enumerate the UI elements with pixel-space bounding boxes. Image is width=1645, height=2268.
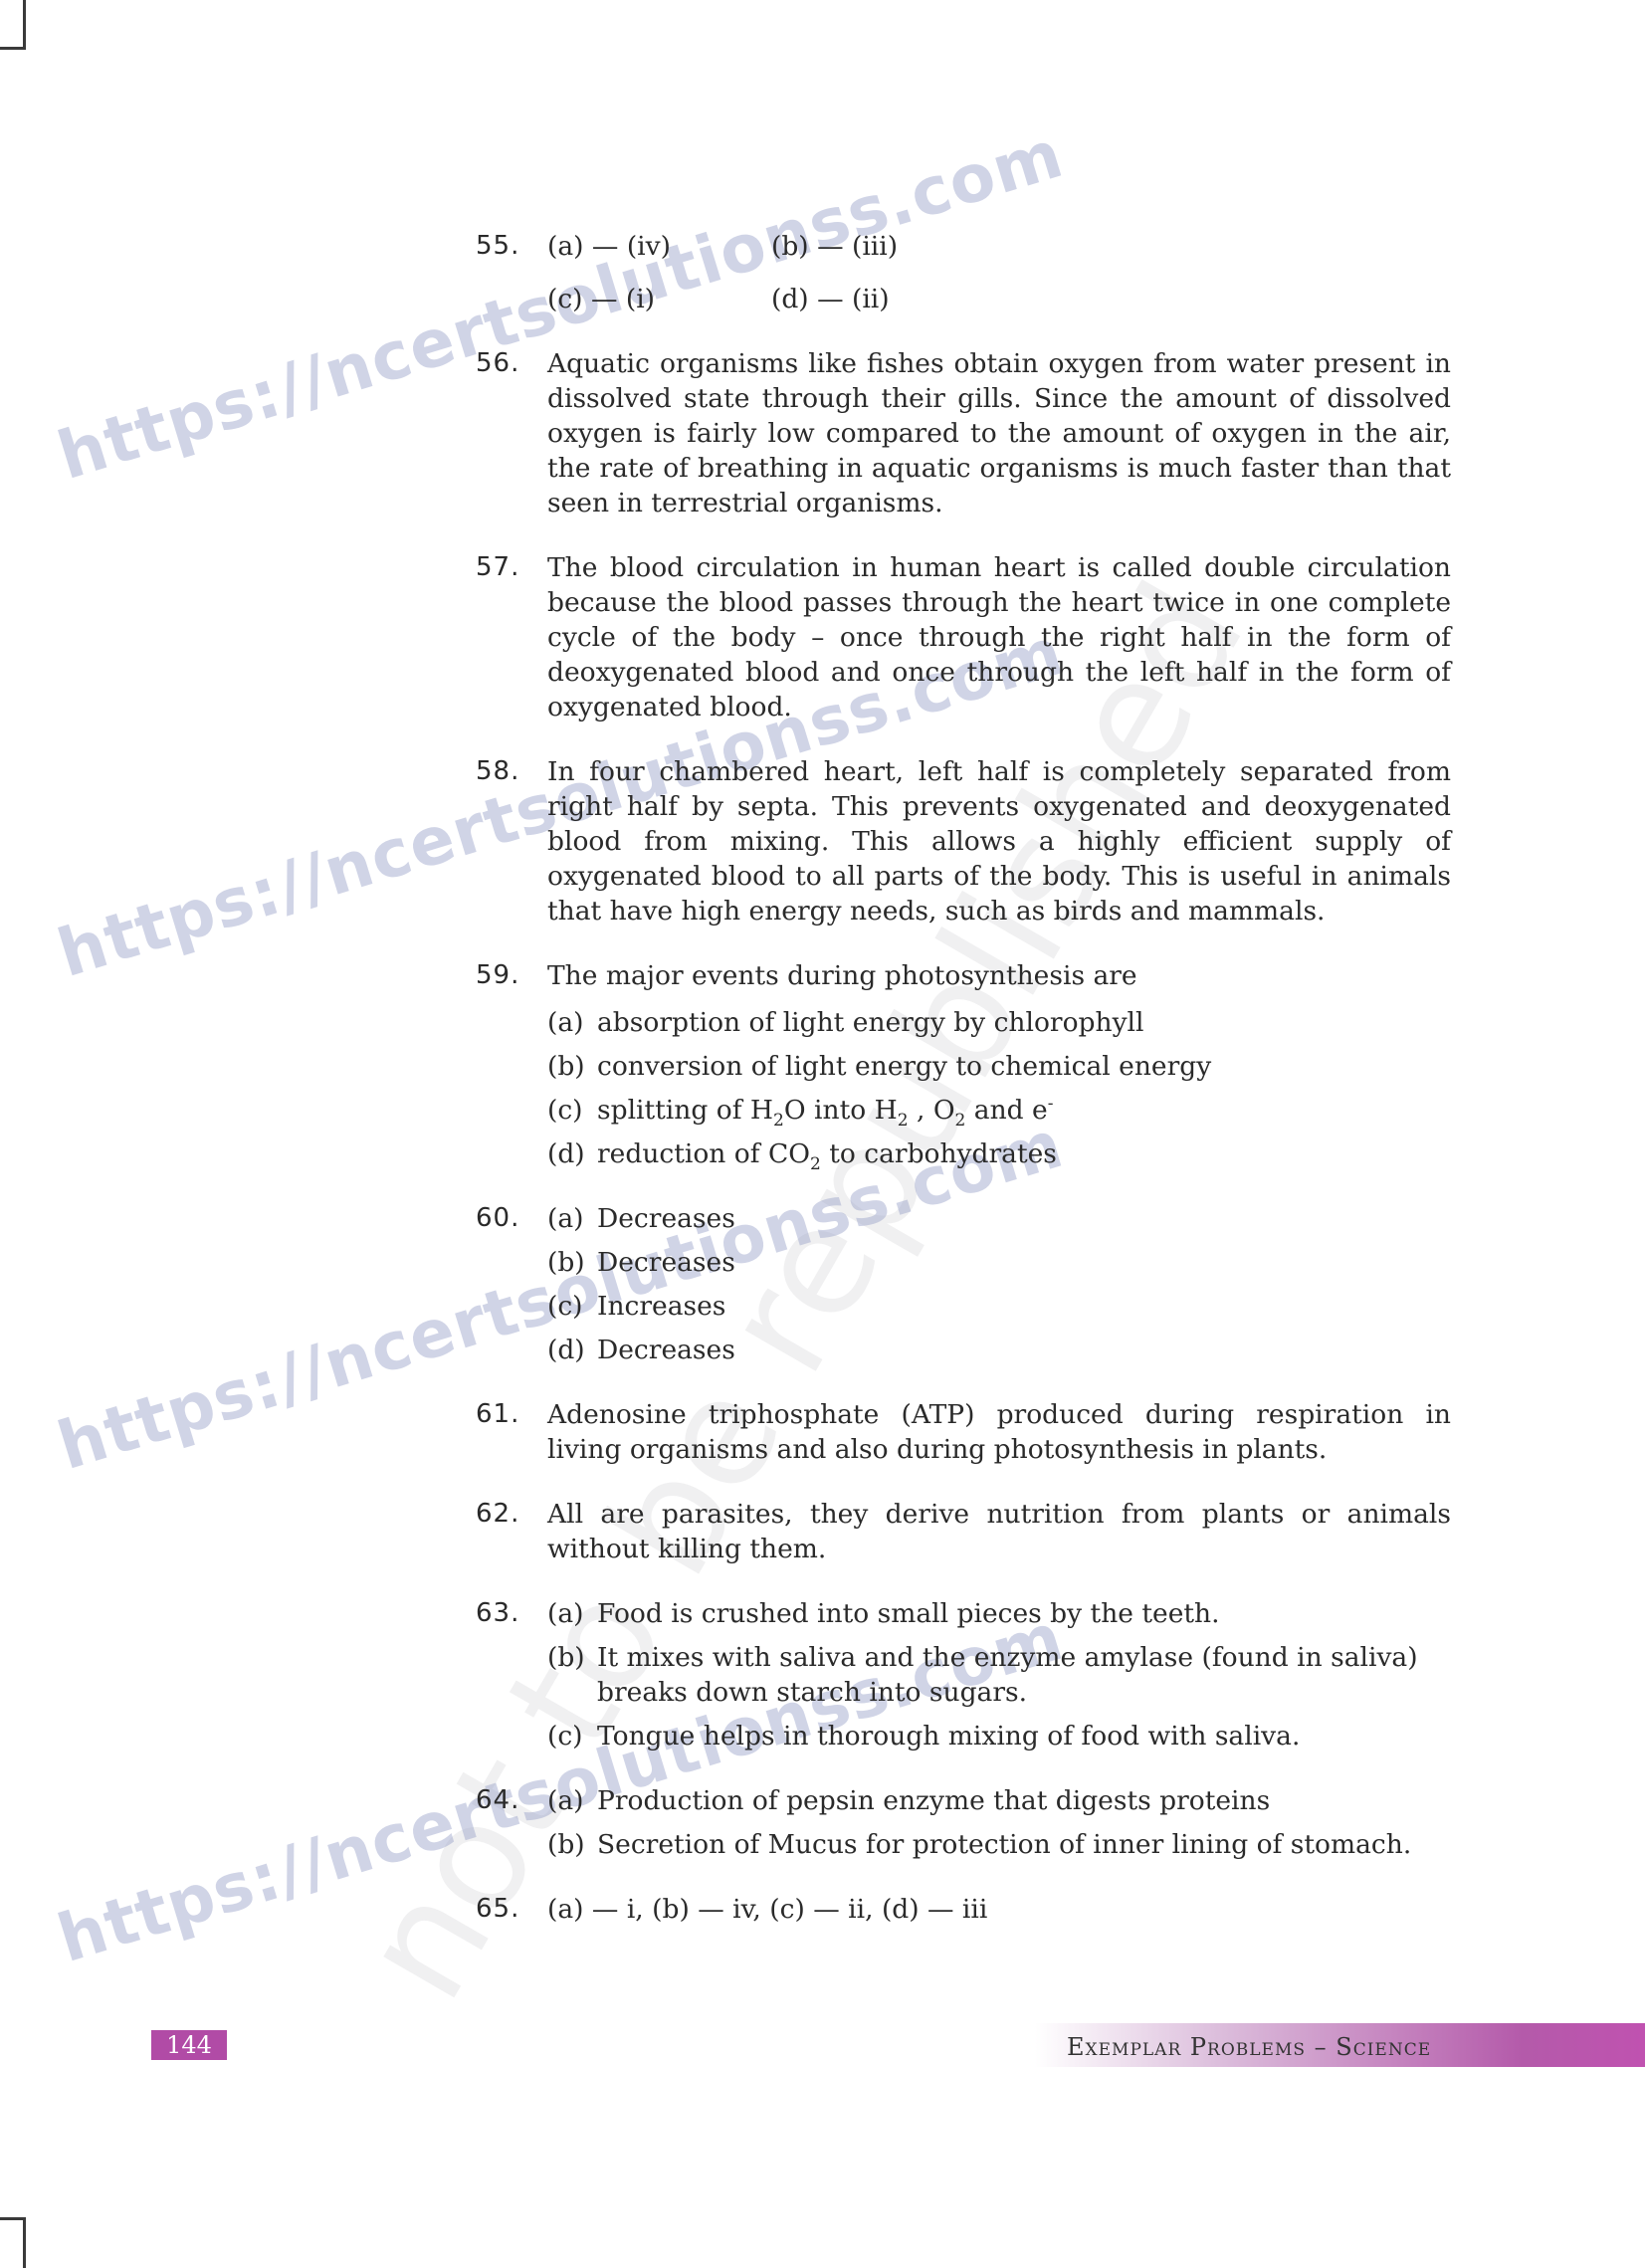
- answer-option: (a)absorption of light energy by chlorop…: [547, 1005, 1451, 1040]
- answer-number: 55.: [476, 229, 519, 264]
- page-number: 144: [151, 2030, 227, 2060]
- option-label: (d): [547, 1333, 597, 1367]
- answer-58: 58.In four chambered heart, left half is…: [476, 754, 1451, 928]
- answer-number: 63.: [476, 1596, 519, 1631]
- option-label: (c): [547, 1719, 597, 1753]
- answer-text: Adenosine triphosphate (ATP) produced du…: [547, 1397, 1451, 1467]
- answer-text: The blood circulation in human heart is …: [547, 550, 1451, 724]
- answer-number: 62.: [476, 1497, 519, 1532]
- book-title: Exemplar Problems – Science: [1067, 2033, 1431, 2061]
- answer-option: (d)reduction of CO2 to carbohydrates: [547, 1136, 1451, 1171]
- option-label: (c): [547, 1289, 597, 1324]
- answer-number: 57.: [476, 550, 519, 585]
- option-label: (a): [547, 1201, 597, 1236]
- answer-number: 58.: [476, 754, 519, 789]
- answer-option: (c)splitting of H2O into H2 , O2 and e-: [547, 1093, 1451, 1128]
- answer-56: 56.Aquatic organisms like fishes obtain …: [476, 346, 1451, 520]
- answer-option: (a)Decreases: [547, 1201, 1451, 1236]
- answer-55: 55.(a) — (iv)(b) — (iii)(c) — (i)(d) — (…: [476, 229, 1451, 316]
- answer-text: All are parasites, they derive nutrition…: [547, 1497, 1451, 1566]
- answer-option: (c)Tongue helps in thorough mixing of fo…: [547, 1719, 1451, 1753]
- option-label: (b): [547, 1640, 597, 1710]
- option-text: splitting of H2O into H2 , O2 and e-: [597, 1093, 1451, 1128]
- answer-option: (b)conversion of light energy to chemica…: [547, 1049, 1451, 1084]
- answer-intro: The major events during photosynthesis a…: [547, 958, 1451, 993]
- option-text: Tongue helps in thorough mixing of food …: [597, 1719, 1451, 1753]
- option-text: reduction of CO2 to carbohydrates: [597, 1136, 1451, 1171]
- answer-option: (b)It mixes with saliva and the enzyme a…: [547, 1640, 1451, 1710]
- answer-option: (a)Production of pepsin enzyme that dige…: [547, 1783, 1451, 1818]
- answer-number: 61.: [476, 1397, 519, 1432]
- option-text: conversion of light energy to chemical e…: [597, 1049, 1451, 1084]
- crop-mark-bottom-left-v: [23, 2217, 26, 2268]
- option-label: (b): [547, 1049, 597, 1084]
- answer-number: 59.: [476, 958, 519, 993]
- answer-option: (c)Increases: [547, 1289, 1451, 1324]
- option-text: Decreases: [597, 1333, 1451, 1367]
- answer-option: (b)Decreases: [547, 1245, 1451, 1280]
- answer-63: 63.(a)Food is crushed into small pieces …: [476, 1596, 1451, 1753]
- answers-list: 55.(a) — (iv)(b) — (iii)(c) — (i)(d) — (…: [476, 229, 1451, 1957]
- answer-number: 64.: [476, 1783, 519, 1818]
- match-grid: (a) — (iv)(b) — (iii)(c) — (i)(d) — (ii): [547, 229, 1451, 316]
- match-pair: (b) — (iii): [771, 229, 970, 264]
- option-label: (a): [547, 1783, 597, 1818]
- option-label: (c): [547, 1093, 597, 1128]
- answer-text: (a) — i, (b) — iv, (c) — ii, (d) — iii: [547, 1892, 1451, 1927]
- option-text: Decreases: [597, 1245, 1451, 1280]
- match-pair: (c) — (i): [547, 282, 771, 316]
- option-label: (a): [547, 1596, 597, 1631]
- option-label: (a): [547, 1005, 597, 1040]
- answer-number: 60.: [476, 1201, 519, 1236]
- match-pair: (d) — (ii): [771, 282, 970, 316]
- answer-57: 57.The blood circulation in human heart …: [476, 550, 1451, 724]
- match-pair: (a) — (iv): [547, 229, 771, 264]
- answer-65: 65.(a) — i, (b) — iv, (c) — ii, (d) — ii…: [476, 1892, 1451, 1927]
- answer-59: 59.The major events during photosynthesi…: [476, 958, 1451, 1171]
- option-text: Food is crushed into small pieces by the…: [597, 1596, 1451, 1631]
- option-label: (b): [547, 1245, 597, 1280]
- answer-text: Aquatic organisms like fishes obtain oxy…: [547, 346, 1451, 520]
- option-text: Secretion of Mucus for protection of inn…: [597, 1827, 1451, 1862]
- answer-option: (d)Decreases: [547, 1333, 1451, 1367]
- option-text: It mixes with saliva and the enzyme amyl…: [597, 1640, 1451, 1710]
- answer-64: 64.(a)Production of pepsin enzyme that d…: [476, 1783, 1451, 1862]
- option-label: (d): [547, 1136, 597, 1171]
- answer-62: 62.All are parasites, they derive nutrit…: [476, 1497, 1451, 1566]
- answer-option: (a)Food is crushed into small pieces by …: [547, 1596, 1451, 1631]
- crop-mark-top-left-h: [0, 47, 26, 50]
- answer-option: (b)Secretion of Mucus for protection of …: [547, 1827, 1451, 1862]
- option-label: (b): [547, 1827, 597, 1862]
- option-text: Production of pepsin enzyme that digests…: [597, 1783, 1451, 1818]
- answer-60: 60.(a)Decreases(b)Decreases(c)Increases(…: [476, 1201, 1451, 1367]
- option-text: absorption of light energy by chlorophyl…: [597, 1005, 1451, 1040]
- crop-mark-top-left-v: [23, 0, 26, 50]
- option-text: Increases: [597, 1289, 1451, 1324]
- option-text: Decreases: [597, 1201, 1451, 1236]
- answer-text: In four chambered heart, left half is co…: [547, 754, 1451, 928]
- answer-61: 61.Adenosine triphosphate (ATP) produced…: [476, 1397, 1451, 1467]
- answer-number: 65.: [476, 1892, 519, 1927]
- answer-number: 56.: [476, 346, 519, 381]
